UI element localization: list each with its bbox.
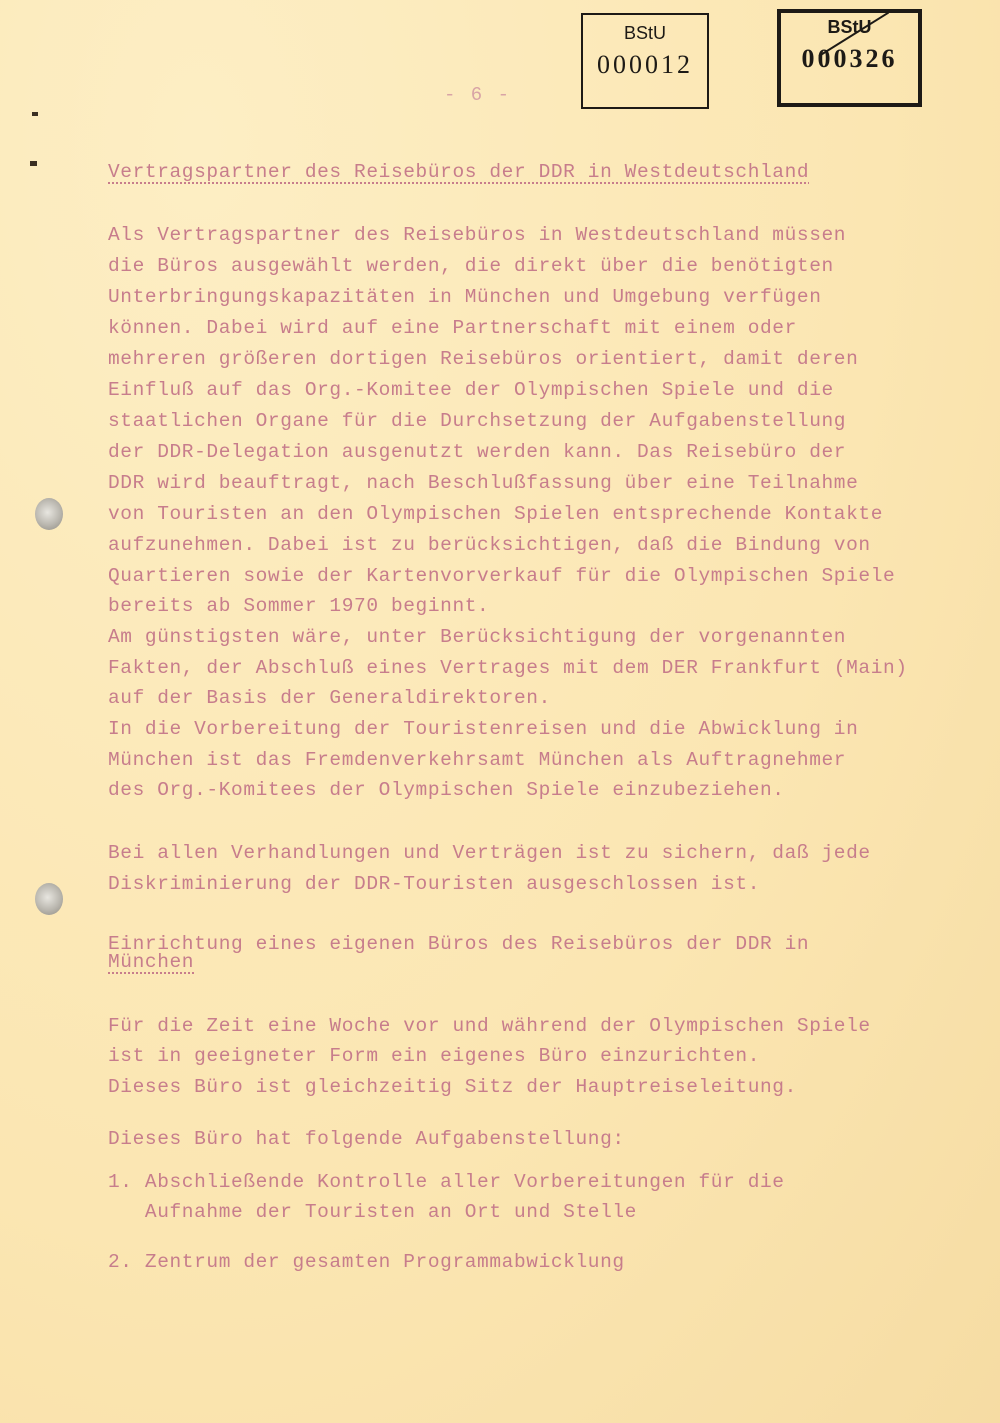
text-line: die Büros ausgewählt werden, die direkt … <box>108 255 834 277</box>
text-line: Unterbringungskapazitäten in München und… <box>108 286 822 308</box>
text-line: mehreren größeren dortigen Reisebüros or… <box>108 348 858 370</box>
text-line: Als Vertragspartner des Reisebüros in We… <box>108 224 846 246</box>
text-line: der DDR-Delegation ausgenutzt werden kan… <box>108 441 846 463</box>
section-heading: Vertragspartner des Reisebüros der DDR i… <box>108 161 809 183</box>
archive-stamp-page: BStU 000012 <box>581 13 709 109</box>
document-page: BStU 000012 BStU 000326 - 6 - Vertragspa… <box>0 0 1000 1423</box>
text-line: Fakten, der Abschluß eines Vertrages mit… <box>108 657 908 679</box>
stamp-number: 000012 <box>583 50 707 80</box>
text-line: Quartieren sowie der Kartenvorverkauf fü… <box>108 565 895 587</box>
text-line: München ist das Fremdenverkehrsamt Münch… <box>108 749 846 771</box>
text-line: bereits ab Sommer 1970 beginnt. <box>108 595 489 617</box>
text-line: Diskriminierung der DDR-Touristen ausges… <box>108 873 760 895</box>
text-line: auf der Basis der Generaldirektoren. <box>108 687 551 709</box>
text-line: aufzunehmen. Dabei ist zu berücksichtige… <box>108 534 871 556</box>
list-item: 2. Zentrum der gesamten Programmabwicklu… <box>108 1251 625 1273</box>
heading-line: München <box>108 951 194 973</box>
margin-mark <box>30 161 37 166</box>
margin-mark <box>32 112 38 116</box>
page-number: - 6 - <box>444 84 511 106</box>
text-line: Bei allen Verhandlungen und Verträgen is… <box>108 842 871 864</box>
heading-line: Einrichtung eines eigenen Büros des Reis… <box>108 933 809 955</box>
punch-hole <box>35 498 63 530</box>
text-line: von Touristen an den Olympischen Spielen… <box>108 503 883 525</box>
text-line: staatlichen Organe für die Durchsetzung … <box>108 410 846 432</box>
archive-stamp-original: BStU 000326 <box>777 9 922 107</box>
text-line: Am günstigsten wäre, unter Berücksichtig… <box>108 626 846 648</box>
text-line: können. Dabei wird auf eine Partnerschaf… <box>108 317 797 339</box>
stamp-number: 000326 <box>781 44 918 74</box>
paragraph-tasks-intro: Dieses Büro hat folgende Aufgabenstellun… <box>108 1128 625 1150</box>
text-line: Einfluß auf das Org.-Komitee der Olympis… <box>108 379 834 401</box>
text-line: In die Vorbereitung der Touristenreisen … <box>108 718 858 740</box>
text-line: Dieses Büro ist gleichzeitig Sitz der Ha… <box>108 1076 797 1098</box>
text-line: des Org.-Komitees der Olympischen Spiele… <box>108 779 785 801</box>
punch-hole <box>35 883 63 915</box>
text-line: ist in geeigneter Form ein eigenes Büro … <box>108 1045 760 1067</box>
text-line: DDR wird beauftragt, nach Beschlußfassun… <box>108 472 858 494</box>
list-item: 1. Abschließende Kontrolle aller Vorbere… <box>108 1171 785 1193</box>
list-item-continuation: Aufnahme der Touristen an Ort und Stelle <box>108 1201 637 1223</box>
text-line: Für die Zeit eine Woche vor und während … <box>108 1015 871 1037</box>
stamp-label: BStU <box>583 23 707 44</box>
